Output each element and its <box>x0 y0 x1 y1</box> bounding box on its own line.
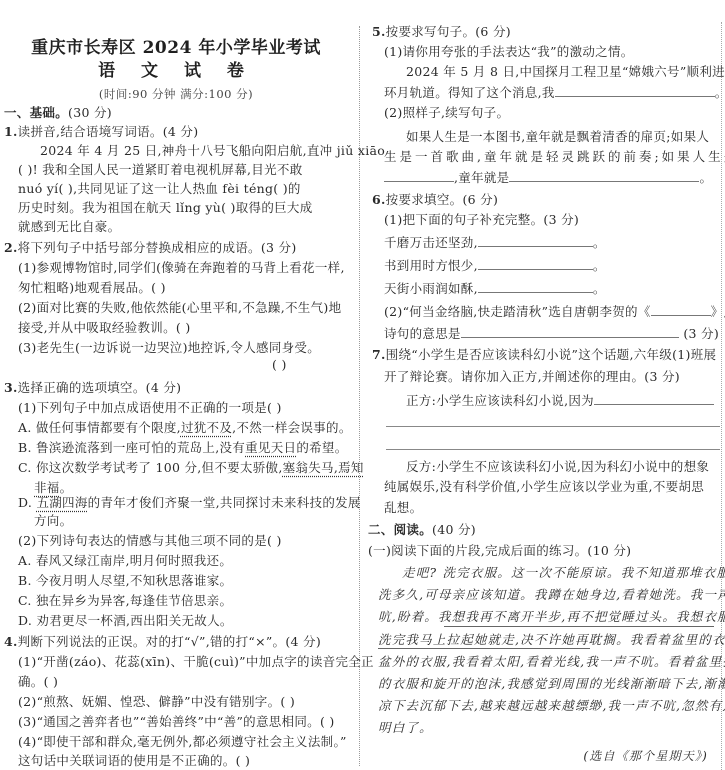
q5-sub2-line: 如果人生是一本图书,童年就是飘着清香的扉页;如果人 <box>406 128 709 146</box>
passage-line: 盆外的衣服,我看着太阳,看着光线,我一声不吭。看着盆里揉动 <box>378 653 725 671</box>
sentence-text: ,童年就是 <box>454 170 509 185</box>
period: 。 <box>593 235 606 250</box>
q7-pro: 正方:小学生应该读科幻小说,因为 <box>406 392 714 410</box>
question-text: 选择正确的选项填空。(4 分) <box>18 380 182 395</box>
q6-sub2-meaning: 诗句的意思是(3 分) <box>384 325 719 343</box>
exam-page: 重庆市长寿区 2024 年小学毕业考试 语 文 试 卷 (时间:90 分钟 满分… <box>0 0 725 770</box>
q2-line: 接受,并从中吸取经验教训。( ) <box>18 319 191 337</box>
q4-item: 这句话中关联词语的使用是不正确的。( ) <box>18 752 250 770</box>
q3-prompt: 3.选择正确的选项填空。(4 分) <box>4 379 181 397</box>
q3-poem-option: D. 劝君更尽一杯酒,西出阳关无故人。 <box>18 612 233 630</box>
section-basics: 一、基础。(30 分) <box>4 104 112 122</box>
option-text: B. 鲁滨逊流落到一座可怕的荒岛上,没有 <box>18 440 245 455</box>
reading-part1: (一)阅读下面的片段,完成后面的练习。(10 分) <box>368 542 631 560</box>
question-number: 1. <box>4 124 18 139</box>
section-points: (40 分) <box>432 522 476 537</box>
answer-blank[interactable] <box>594 392 714 405</box>
idiom-text: 过犹不及 <box>181 420 232 435</box>
question-number: 4. <box>4 634 18 649</box>
pro-text: 正方:小学生应该读科幻小说,因为 <box>406 393 594 408</box>
question-number: 2. <box>4 240 18 255</box>
question-text: 按要求填空。(6 分) <box>386 192 498 207</box>
q6-prompt: 6.按要求填空。(6 分) <box>372 191 498 209</box>
idiom-text: 五湖四海 <box>36 495 87 510</box>
q5-prompt: 5.按要求写句子。(6 分) <box>372 23 511 41</box>
question-text: 将下列句子中括号部分替换成相应的成语。(3 分) <box>18 240 297 255</box>
option-text: 的希望。 <box>296 440 347 455</box>
period: 。 <box>593 258 606 273</box>
period: 。 <box>593 281 606 296</box>
section-label: 二、阅读。 <box>368 522 432 537</box>
exam-title: 重庆市长寿区 2024 年小学毕业考试 <box>0 33 352 58</box>
q4-item: (1)“开凿(záo)、花蕊(xīn)、干脆(cuì)”中加点字的读音完全正 <box>18 653 374 671</box>
option-text: A. 做任何事情都要有个限度, <box>18 420 181 435</box>
q7-con: 乱想。 <box>384 499 422 517</box>
q5-sub2-line: ,童年就是。 <box>384 169 712 187</box>
passage-underline <box>444 626 714 627</box>
passage-line: 吭,盼着。我想我再不离开半步,再不把觉睡过头。我想衣服一 <box>378 608 725 626</box>
q3-poem-option: C. 独在异乡为异客,每逢佳节倍思亲。 <box>18 592 232 610</box>
q5-sub1-line: 2024 年 5 月 8 日,中国探月工程卫星“嫦娥六号”顺利进入 <box>406 63 725 81</box>
answer-line[interactable] <box>386 449 720 450</box>
q7-con: 纯属娱乐,没有科学价值,小学生应该以学业为重,不要胡思 <box>384 478 704 496</box>
q3-sub1: (1)下列句子中加点成语使用不正确的一项是( ) <box>18 399 282 417</box>
question-number: 6. <box>372 192 386 207</box>
sentence-text: (2)“何当金络脑,快走踏清秋”选自唐朝李贺的《 <box>384 304 651 319</box>
q4-item: (3)“通国之善弈者也”“善始善终”中“善”的意思相同。( ) <box>18 713 335 731</box>
poem-text: 千磨万击还坚劲, <box>384 235 478 250</box>
q6-poem-line: 书到用时方恨少,。 <box>384 257 606 275</box>
answer-blank[interactable] <box>461 325 679 338</box>
section-points: (30 分) <box>68 105 112 120</box>
poem-text: 天街小雨润如酥, <box>384 281 478 296</box>
q4-item: (2)“煎熬、妩媚、惶恐、僻静”中没有错别字。( ) <box>18 693 295 711</box>
q4-item: (4)“即使干部和群众,毫无例外,都必须遵守社会主义法制。” <box>18 733 347 751</box>
q5-sub2-line: 生是一首歌曲,童年就是轻灵跳跃的前奏;如果人生是 <box>384 148 725 166</box>
answer-blank[interactable] <box>555 84 715 97</box>
q5-sub1: (1)请你用夸张的手法表达“我”的激动之情。 <box>384 43 634 61</box>
period: 。 <box>699 170 712 185</box>
question-text: 围绕“小学生是否应该读科幻小说”这个话题,六年级(1)班展 <box>386 347 717 362</box>
exam-meta: (时间:90 分钟 满分:100 分) <box>0 86 352 102</box>
question-text: 读拼音,结合语境写词语。(4 分) <box>18 124 199 139</box>
q5-sub2: (2)照样子,续写句子。 <box>384 104 509 122</box>
q1-prompt: 1.读拼音,结合语境写词语。(4 分) <box>4 123 198 141</box>
q3-sub2: (2)下列诗句表达的情感与其他三项不同的是( ) <box>18 532 282 550</box>
points-label: (3 分) <box>683 325 719 343</box>
poem-text: 书到用时方恨少, <box>384 258 478 273</box>
passage-line: 的衣服和旋开的泡沫,我感觉到周围的光线渐渐暗下去,渐渐地 <box>378 675 725 693</box>
answer-blank[interactable] <box>478 257 593 270</box>
option-text: C. 你这次数学考试考了 100 分,但不要太骄傲, <box>18 460 283 475</box>
q1-line: 就感到无比自豪。 <box>18 218 120 236</box>
q3-option-cont: 方向。 <box>34 512 72 530</box>
q7-prompt-cont: 开了辩论赛。请你加入正方,并阐述你的理由。(3 分) <box>384 368 680 386</box>
q3-option: D. 五湖四海的青年才俊们齐聚一堂,共同探讨未来科技的发展 <box>18 494 361 512</box>
exam-subtitle: 语 文 试 卷 <box>0 56 352 81</box>
question-number: 7. <box>372 347 386 362</box>
section-reading: 二、阅读。(40 分) <box>368 521 476 539</box>
option-text: 的青年才俊们齐聚一堂,共同探讨未来科技的发展 <box>88 495 361 510</box>
q6-poem-line: 千磨万击还坚劲,。 <box>384 234 606 252</box>
option-text: ,不然一样会误事的。 <box>232 420 351 435</box>
q2-line: 匆忙粗略)地观看展品。( ) <box>18 279 166 297</box>
idiom-text: 重见天日 <box>245 440 296 455</box>
idiom-text: 非福 <box>34 480 60 495</box>
q3-option: C. 你这次数学考试考了 100 分,但不要太骄傲,塞翁失马,焉知 <box>18 459 364 477</box>
q6-sub1: (1)把下面的句子补充完整。(3 分) <box>384 211 579 229</box>
passage-underline <box>378 648 590 649</box>
option-text: D. <box>18 495 36 510</box>
q2-line: (1)参观博物馆时,同学们(像骑在奔跑着的马背上看花一样, <box>18 259 345 277</box>
q3-option: B. 鲁滨逊流落到一座可怕的荒岛上,没有重见天日的希望。 <box>18 439 348 457</box>
q6-poem-line: 天街小雨润如酥,。 <box>384 280 606 298</box>
period: 。 <box>715 85 725 100</box>
question-text: 判断下列说法的正误。对的打“√”,错的打“×”。(4 分) <box>18 634 321 649</box>
question-number: 3. <box>4 380 18 395</box>
sentence-text: 环月轨道。得知了这个消息,我 <box>384 85 555 100</box>
q3-poem-option: B. 今夜月明人尽望,不知秋思落谁家。 <box>18 572 232 590</box>
passage-line: 洗完我马上拉起她就走,决不许她再耽搁。我看着盆里的衣服和 <box>378 631 725 649</box>
q5-sub1-line: 环月轨道。得知了这个消息,我。 <box>384 84 725 102</box>
emphasized-idiom: 过犹不及 <box>181 420 232 435</box>
q4-item: 确。( ) <box>18 673 58 691</box>
q2-line: (2)面对比赛的失败,他依然能(心里平和,不急躁,不生气)地 <box>18 299 341 317</box>
q1-line: ( )! 我和全国人民一道紧盯着电视机屏幕,目光不敢 <box>18 161 303 179</box>
sentence-text: 》, <box>711 304 725 319</box>
passage-line: 走吧? 洗完衣服。这一次不能原谅。我不知道那堆衣服要 <box>402 564 725 582</box>
question-text: 按要求写句子。(6 分) <box>386 24 511 39</box>
idiom-text: 塞翁失马,焉知 <box>283 460 364 475</box>
answer-blank[interactable] <box>509 169 699 182</box>
q4-prompt: 4.判断下列说法的正误。对的打“√”,错的打“×”。(4 分) <box>4 633 321 651</box>
option-text: 。 <box>60 480 73 495</box>
q3-option: A. 做任何事情都要有个限度,过犹不及,不然一样会误事的。 <box>18 419 352 437</box>
answer-blank[interactable] <box>384 169 454 182</box>
q2-line: (3)老先生(一边诉说一边哭泣)地控诉,令人感同身受。 <box>18 339 320 357</box>
q7-con: 反方:小学生不应该读科幻小说,因为科幻小说中的想象 <box>406 458 709 476</box>
q3-poem-option: A. 春风又绿江南岸,明月何时照我还。 <box>18 552 232 570</box>
passage-source: (选自《那个星期天》) <box>583 747 708 764</box>
q7-prompt: 7.围绕“小学生是否应该读科幻小说”这个话题,六年级(1)班展 <box>372 346 716 364</box>
q2-prompt: 2.将下列句子中括号部分替换成相应的成语。(3 分) <box>4 239 297 257</box>
q1-line: 历史时刻。我为祖国在航天 lǐng yù( )取得的巨大成 <box>18 199 313 217</box>
answer-blank[interactable] <box>651 303 711 316</box>
q2-line: ( ) <box>272 356 287 374</box>
sentence-text: 诗句的意思是 <box>384 326 461 341</box>
passage-line: 明白了。 <box>378 719 433 737</box>
q1-line: 2024 年 4 月 25 日,神舟十八号飞船向阳启航,直冲 jiǔ xiāo <box>40 142 385 160</box>
q6-sub2: (2)“何当金络脑,快走踏清秋”选自唐朝李贺的《》, <box>384 303 725 321</box>
section-label: 一、基础。 <box>4 105 68 120</box>
answer-line[interactable] <box>386 426 720 427</box>
q1-line: nuó yí( ),共同见证了这一让人热血 fèi téng( )的 <box>18 180 301 198</box>
question-number: 5. <box>372 24 386 39</box>
answer-blank[interactable] <box>478 234 593 247</box>
answer-blank[interactable] <box>478 280 593 293</box>
passage-line: 洗多久,可母亲应该知道。我蹲在她身边,看着她洗。我一声不 <box>378 586 725 604</box>
passage-line: 凉下去沉郁下去,越来越远越来越缥缈,我一声不吭,忽然有点儿 <box>378 697 725 715</box>
